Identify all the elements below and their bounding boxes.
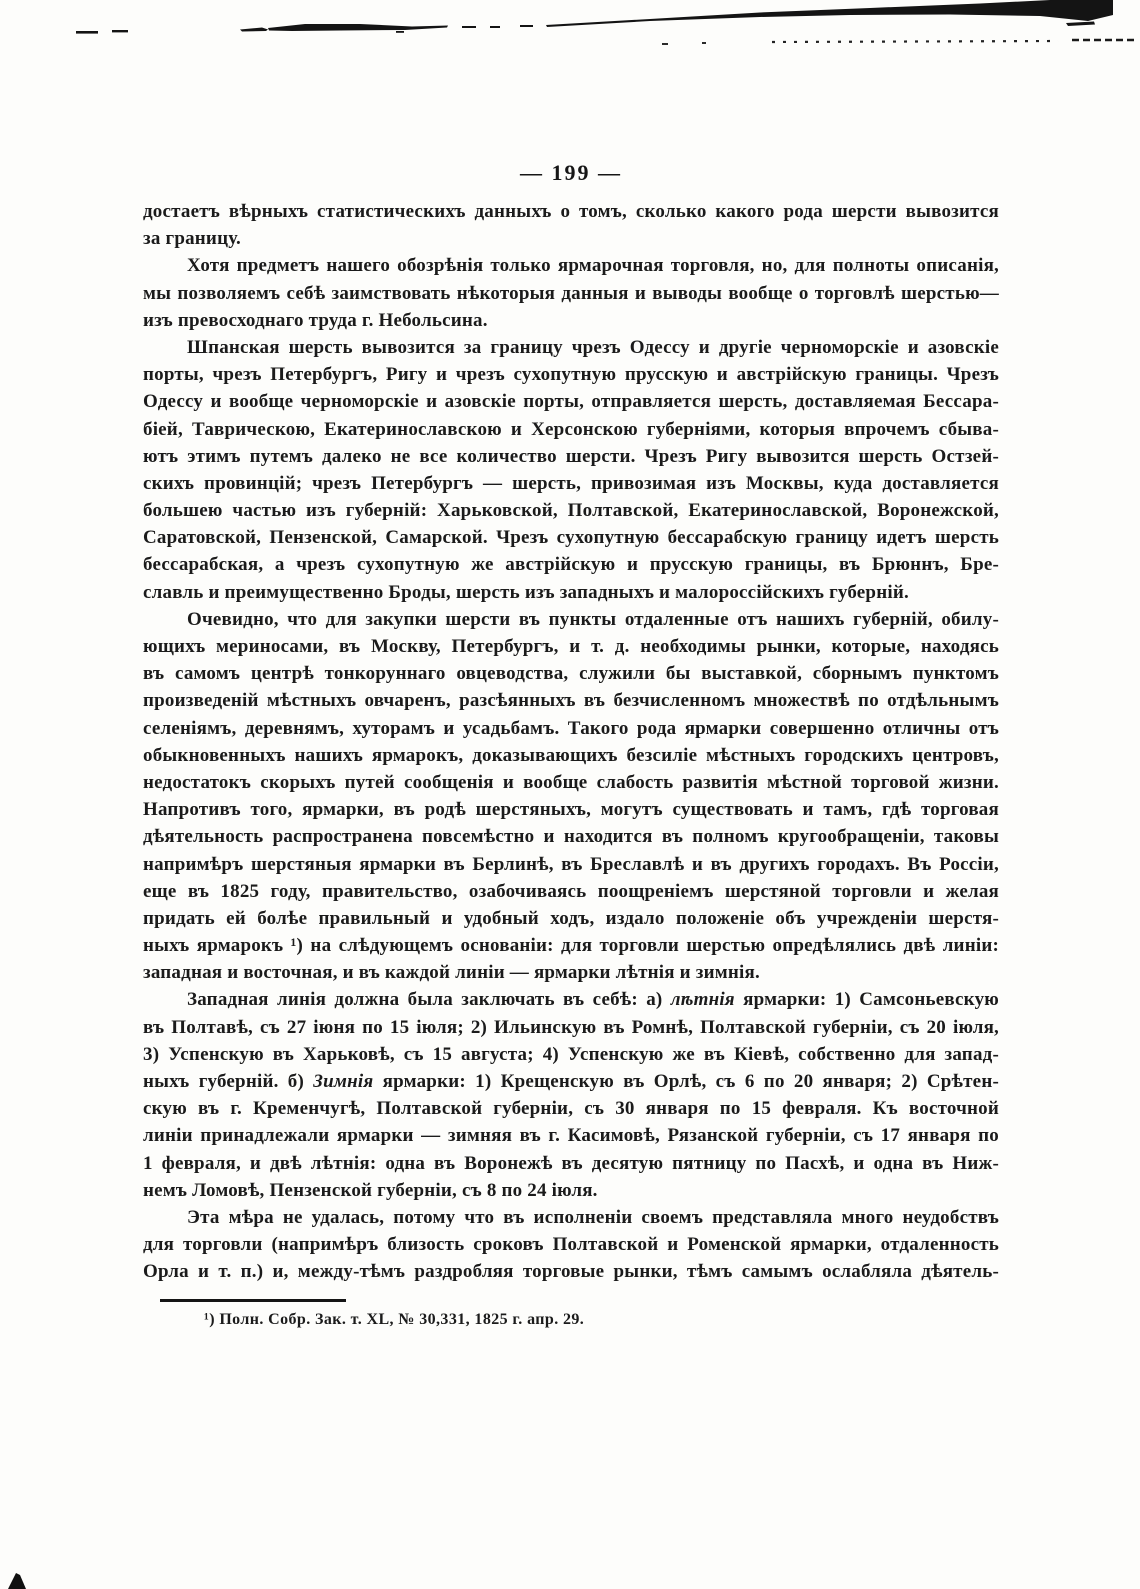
text-line: селеніямъ, деревнямъ, хуторамъ и усадьба… (143, 715, 999, 742)
text-line: мы позволяемъ себѣ заимствовать нѣкоторы… (143, 280, 999, 307)
scan-artifact-top-edge (0, 0, 1140, 60)
text-line: въ самомъ центрѣ тонкоруннаго овцеводств… (143, 660, 999, 687)
text-line: недостатокъ скорыхъ путей сообщенія и во… (143, 769, 999, 796)
text-line: дѣятельность распространена повсемѣстно … (143, 823, 999, 850)
text-line: линіи принадлежали ярмарки — зимняя въ г… (143, 1122, 999, 1149)
text-line: 3) Успенскую въ Харьковѣ, съ 15 августа;… (143, 1041, 999, 1068)
text-line: Саратовской, Пензенской, Самарской. Чрез… (143, 524, 999, 551)
text-line: ныхъ губерній. б) Зимнія ярмарки: 1) Кре… (143, 1068, 999, 1095)
text-line: ныхъ ярмарокъ ¹) на слѣдующемъ основаніи… (143, 932, 999, 959)
text-line: скую въ г. Кременчугѣ, Полтавской губерн… (143, 1095, 999, 1122)
text-line: напримѣръ шерстяныя ярмарки въ Берлинѣ, … (143, 851, 999, 878)
text-line: бессарабская, а чрезъ сухопутную же авст… (143, 551, 999, 578)
text-line: порты, чрезъ Петербургъ, Ригу и чрезъ су… (143, 361, 999, 388)
body-text: достаетъ вѣрныхъ статистическихъ данныхъ… (143, 198, 999, 1286)
text-line: еще въ 1825 году, правительство, озабочи… (143, 878, 999, 905)
text-line: большею частью изъ губерній: Харьковской… (143, 497, 999, 524)
text-line: ютъ этимъ путемъ далеко не все количеств… (143, 443, 999, 470)
text-line: достаетъ вѣрныхъ статистическихъ данныхъ… (143, 198, 999, 225)
text-line: Одессу и вообще черноморскіе и азовскіе … (143, 388, 999, 415)
text-line: въ Полтавѣ, съ 27 іюня по 15 іюля; 2) Ил… (143, 1014, 999, 1041)
text-line: Очевидно, что для закупки шерсти въ пунк… (143, 606, 999, 633)
footnote: ¹) Полн. Собр. Зак. т. XL, № 30,331, 182… (204, 1311, 904, 1329)
text-line: Западная линія должна была заключать въ … (143, 986, 999, 1013)
text-line: за границу. (143, 225, 999, 252)
document-page: — 199 — достаетъ вѣрныхъ статистическихъ… (0, 0, 1140, 1589)
text-line: для торговли (напримѣръ близость сроковъ… (143, 1231, 999, 1258)
text-line: славль и преимущественно Броды, шерсть и… (143, 579, 999, 606)
text-line: Напротивъ того, ярмарки, въ родѣ шерстян… (143, 796, 999, 823)
text-line: Эта мѣра не удалась, потому что въ испол… (143, 1204, 999, 1231)
text-line: біей, Таврическою, Екатеринославскою и Х… (143, 416, 999, 443)
text-line: произведеній мѣстныхъ овчаренъ, разсѣянн… (143, 687, 999, 714)
text-line: Орла и т. п.) и, между-тѣмъ раздробляя т… (143, 1258, 999, 1285)
text-line: скихъ провинцій; чрезъ Петербургъ — шерс… (143, 470, 999, 497)
text-line: 1 февраля, и двѣ лѣтнія: одна въ Воронеж… (143, 1150, 999, 1177)
text-line: придать ей болѣе правильный и удобный хо… (143, 905, 999, 932)
text-line: западная и восточная, и въ каждой линіи … (143, 959, 999, 986)
text-line: ющихъ мериносами, въ Москву, Петербургъ,… (143, 633, 999, 660)
page-number: — 199 — (143, 160, 999, 186)
scan-artifact-bottom-left (0, 1560, 60, 1589)
footnote-rule (160, 1299, 346, 1302)
text-line: Хотя предметъ нашего обозрѣнія только яр… (143, 252, 999, 279)
text-line: немъ Ломовѣ, Пензенской губерніи, съ 8 п… (143, 1177, 999, 1204)
text-line: Шпанская шерсть вывозится за границу чре… (143, 334, 999, 361)
text-line: изъ превосходнаго труда г. Небольсина. (143, 307, 999, 334)
text-line: обыкновенныхъ нашихъ ярмарокъ, доказываю… (143, 742, 999, 769)
